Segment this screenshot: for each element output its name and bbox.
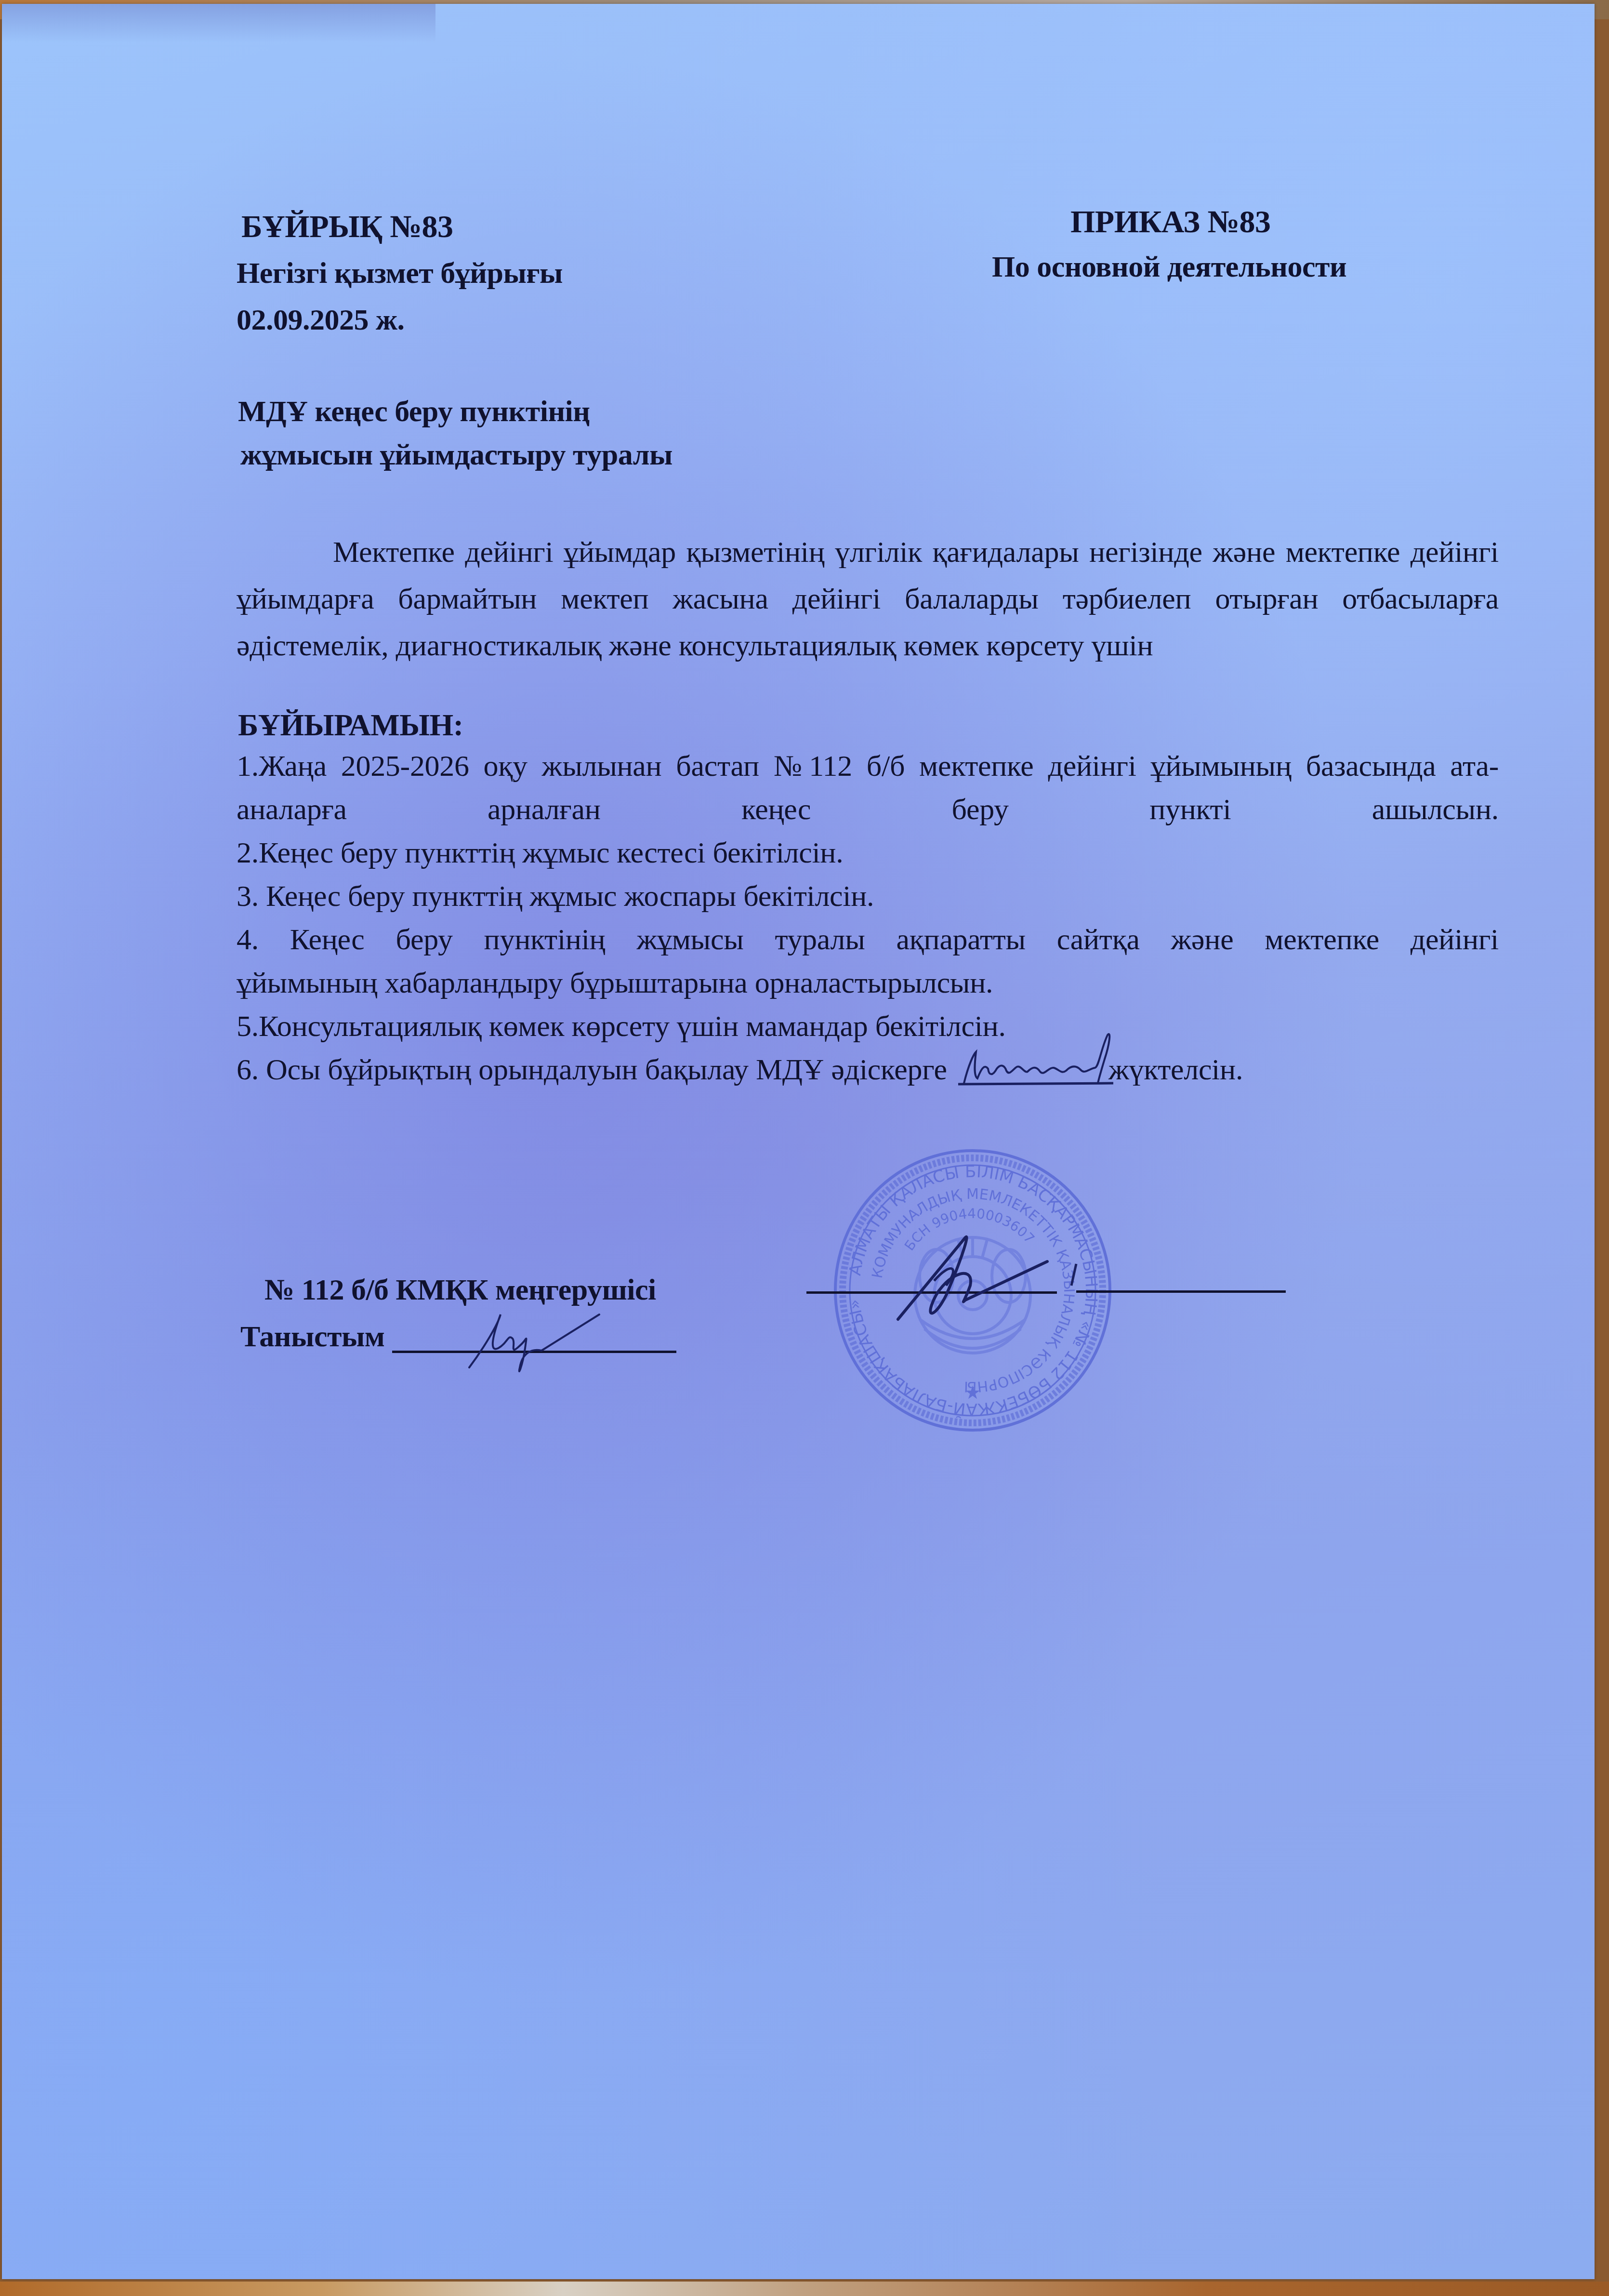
manager-signature: [888, 1218, 1091, 1334]
acknowledged-label: Таныстым: [240, 1322, 385, 1352]
order-items: 1.Жаңа 2025-2026 оқу жылынан бастап №112…: [237, 744, 1499, 1091]
star-icon: ★: [964, 1383, 981, 1403]
manager-signature-line-right: [1076, 1290, 1286, 1293]
order-item-3: 3. Кеңес беру пункттің жұмыс жоспары бек…: [237, 875, 1499, 918]
table-surface-bottom: [0, 2282, 1609, 2296]
order-word: БҰЙЫРАМЫН:: [238, 710, 463, 741]
order-item-2: 2.Кеңес беру пункттің жұмыс кестесі бекі…: [237, 831, 1499, 875]
order-item-4: 4. Кеңес беру пунктінің жұмысы туралы ақ…: [237, 918, 1499, 961]
order-item-5: 5.Консультациялық көмек көрсету үшін мам…: [237, 1005, 1499, 1048]
subject-line-2: жұмысын ұйымдастыру туралы: [240, 440, 673, 470]
order-date: 02.09.2025 ж.: [237, 305, 404, 335]
order-title-ru: ПРИКАЗ №83: [1070, 206, 1271, 238]
preamble-text: Мектепке дейінгі ұйымдар қызметінің үлгі…: [237, 536, 1499, 662]
order-title-kk: БҰЙРЫҚ №83: [241, 211, 453, 243]
order-item-4-cont: ұйымының хабарландыру бұрыштарына орнала…: [237, 961, 1499, 1005]
order-item-6-text: 6. Осы бұйрықтың орындалуын бақылау МДҰ …: [237, 1053, 947, 1086]
acknowledged-signature: [455, 1305, 609, 1382]
document-page: БҰЙРЫҚ №83 Негізгі қызмет бұйрығы 02.09.…: [2, 4, 1595, 2279]
manager-label: № 112 б/б КМҚК меңгерушісі: [264, 1275, 656, 1305]
order-item-1: 1.Жаңа 2025-2026 оқу жылынан бастап №112…: [237, 744, 1499, 831]
subject-line-1: МДҰ кеңес беру пунктінің: [238, 397, 590, 426]
order-item-6: 6. Осы бұйрықтың орындалуын бақылау МДҰ …: [237, 1048, 1499, 1091]
methodist-signature: [954, 1049, 1108, 1083]
finger-shadow: [2, 4, 435, 42]
order-type-ru: По основной деятельности: [992, 252, 1346, 282]
order-item-6-end: жүктелсін.: [1108, 1053, 1243, 1086]
preamble-paragraph: Мектепке дейінгі ұйымдар қызметінің үлгі…: [237, 529, 1499, 669]
order-type-kk: Негізгі қызмет бұйрығы: [237, 258, 563, 288]
